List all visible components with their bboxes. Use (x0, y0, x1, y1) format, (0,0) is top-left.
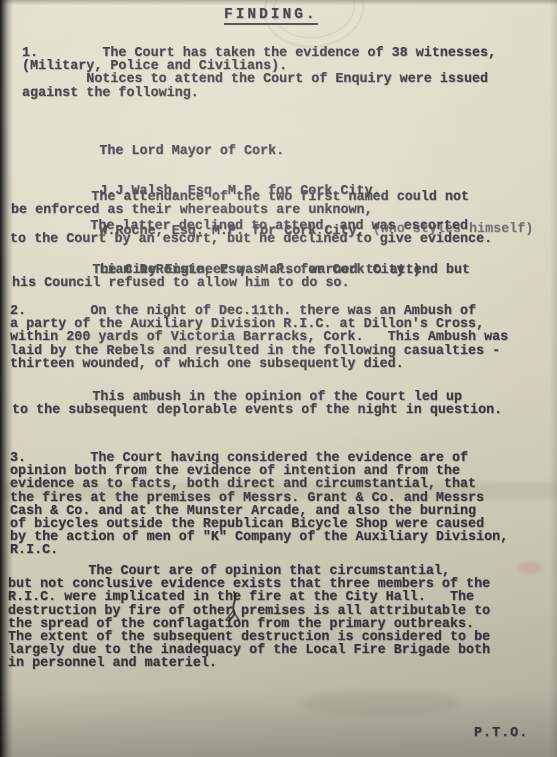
text-line: R.I.C. (10, 544, 508, 557)
text-line: in personnel and materiel. (8, 657, 490, 670)
text-line: thirteen wounded, of which one subsequen… (10, 358, 508, 371)
scanned-document-page: FINDING. 1. The Court has taken the evid… (0, 0, 557, 757)
text-line: within 200 yards of Victoria Barracks, C… (10, 331, 508, 344)
paragraph-3: 3. The Court having considered the evide… (10, 452, 508, 558)
text-line: to the subsequent deplorable events of t… (12, 404, 502, 417)
paragraph-2: 2. On the night of Dec.11th. there was a… (10, 305, 508, 371)
paragraph-1: 1. The Court has taken the evidence of 3… (22, 47, 496, 100)
text-line: evidence as to facts, both direct and ci… (10, 478, 508, 491)
witness-lord-mayor: The Lord Mayor of Cork. (19, 145, 533, 158)
document-title: FINDING. (224, 9, 318, 25)
typewritten-text-layer: FINDING. 1. The Court has taken the evid… (0, 0, 557, 757)
pto-label: P.T.O. (474, 727, 528, 740)
text-line: to the Court by an escort, but he declin… (10, 233, 492, 246)
ambush-opinion-paragraph: This ambush in the opinion of the Court … (12, 391, 502, 417)
text-line: be enforced as their whereabouts are unk… (11, 204, 469, 217)
text-line: Notices to attend the Court of Enquiry w… (22, 73, 496, 86)
text-line: laid by the Rebels and resulted in the f… (10, 345, 508, 358)
city-engineer-paragraph: The City Engineer was also warned to att… (12, 264, 470, 290)
text-line: R.I.C. were implicated in the fire at th… (8, 591, 490, 604)
attendance-paragraph-a: The attendance of the two first named co… (11, 191, 469, 217)
text-line: destruction by fire of other premises is… (8, 605, 490, 618)
text-line: the fires at the premises of Messrs. Gra… (10, 492, 508, 505)
text-line: by the action of men of "K" Company of t… (10, 531, 508, 544)
text-line: against the following. (22, 87, 496, 100)
attendance-paragraph-b: The latter declined to attend, and was e… (10, 220, 492, 246)
text-line: his Council refused to allow him to do s… (12, 277, 470, 290)
court-opinion-paragraph: The Court are of opinion that circumstan… (8, 565, 490, 671)
